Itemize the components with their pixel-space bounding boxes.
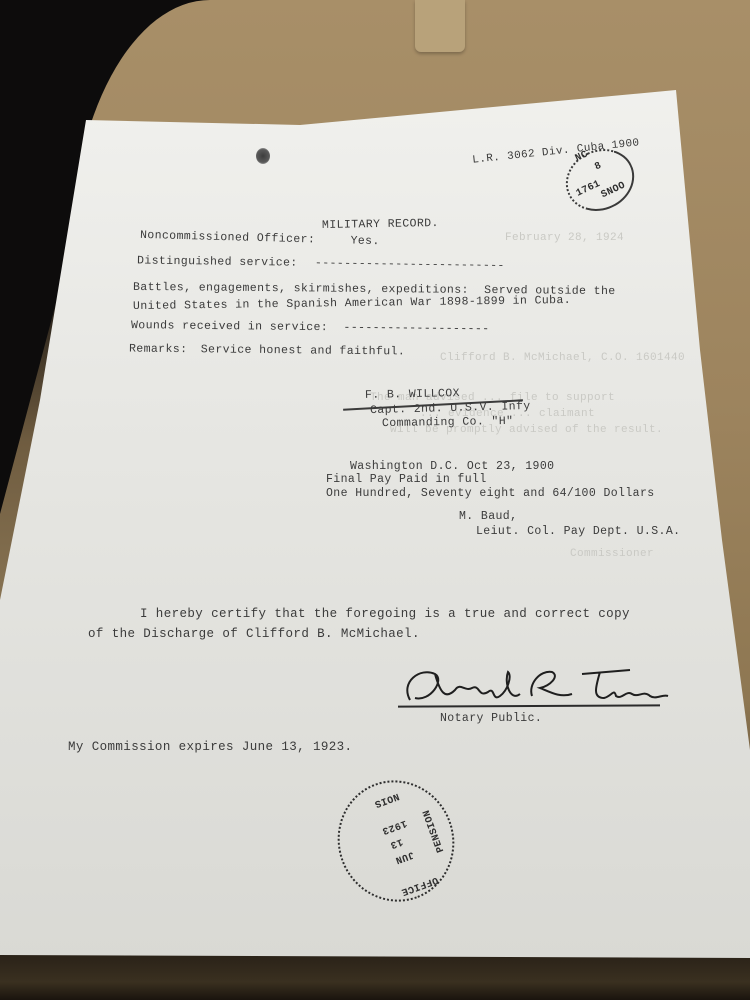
field-distinguished-service: Distinguished service: -----------------… bbox=[137, 254, 505, 272]
field-label: Remarks: bbox=[129, 343, 188, 357]
field-value: Service honest and faithful. bbox=[201, 343, 406, 358]
payment-amount: One Hundred, Seventy eight and 64/100 Do… bbox=[326, 487, 655, 500]
bleed-through-text: February 28, 1924 bbox=[505, 232, 624, 244]
field-battles-continued: United States in the Spanish American Wa… bbox=[133, 294, 571, 313]
certification-line-1: I hereby certify that the foregoing is a… bbox=[140, 607, 630, 621]
field-value: -------------------------- bbox=[315, 257, 505, 273]
commander-role: Commanding Co. "H" bbox=[382, 415, 514, 430]
field-value: -------------------- bbox=[343, 321, 489, 336]
document-title: MILITARY RECORD. bbox=[322, 217, 439, 232]
field-label: Distinguished service: bbox=[137, 254, 298, 269]
field-label: Noncommissioned Officer: bbox=[140, 229, 316, 247]
field-wounds: Wounds received in service: ------------… bbox=[131, 319, 490, 336]
military-record-document: February 28, 1924 Clifford B. McMichael,… bbox=[0, 0, 750, 1000]
field-label: Wounds received in service: bbox=[131, 319, 328, 334]
field-noncommissioned-officer: Noncommissioned Officer: Yes. bbox=[140, 229, 380, 248]
bleed-through-text: Commissioner bbox=[570, 548, 654, 560]
notary-title: Notary Public. bbox=[440, 712, 542, 725]
bleed-through-text: Clifford B. McMichael, C.O. 1601440 bbox=[440, 352, 685, 364]
field-label: Battles, engagements, skirmishes, expedi… bbox=[133, 281, 469, 297]
paymaster-name: M. Baud, bbox=[459, 510, 517, 523]
certification-line-2: of the Discharge of Clifford B. McMichae… bbox=[88, 627, 420, 641]
commander-name: F. B. WILLCOX bbox=[365, 387, 460, 402]
paymaster-title: Leiut. Col. Pay Dept. U.S.A. bbox=[476, 525, 680, 538]
field-remarks: Remarks: Service honest and faithful. bbox=[129, 343, 405, 359]
pension-office-stamp-icon: OFFICE PENSION NOIS JUN 13 1923 bbox=[321, 764, 472, 918]
punch-hole-icon bbox=[256, 148, 270, 164]
payment-status: Final Pay Paid in full bbox=[326, 473, 487, 486]
commission-expiry: My Commission expires June 13, 1923. bbox=[68, 740, 352, 754]
payment-place-date: Washington D.C. Oct 23, 1900 bbox=[350, 460, 554, 473]
field-value: Yes. bbox=[350, 234, 380, 248]
